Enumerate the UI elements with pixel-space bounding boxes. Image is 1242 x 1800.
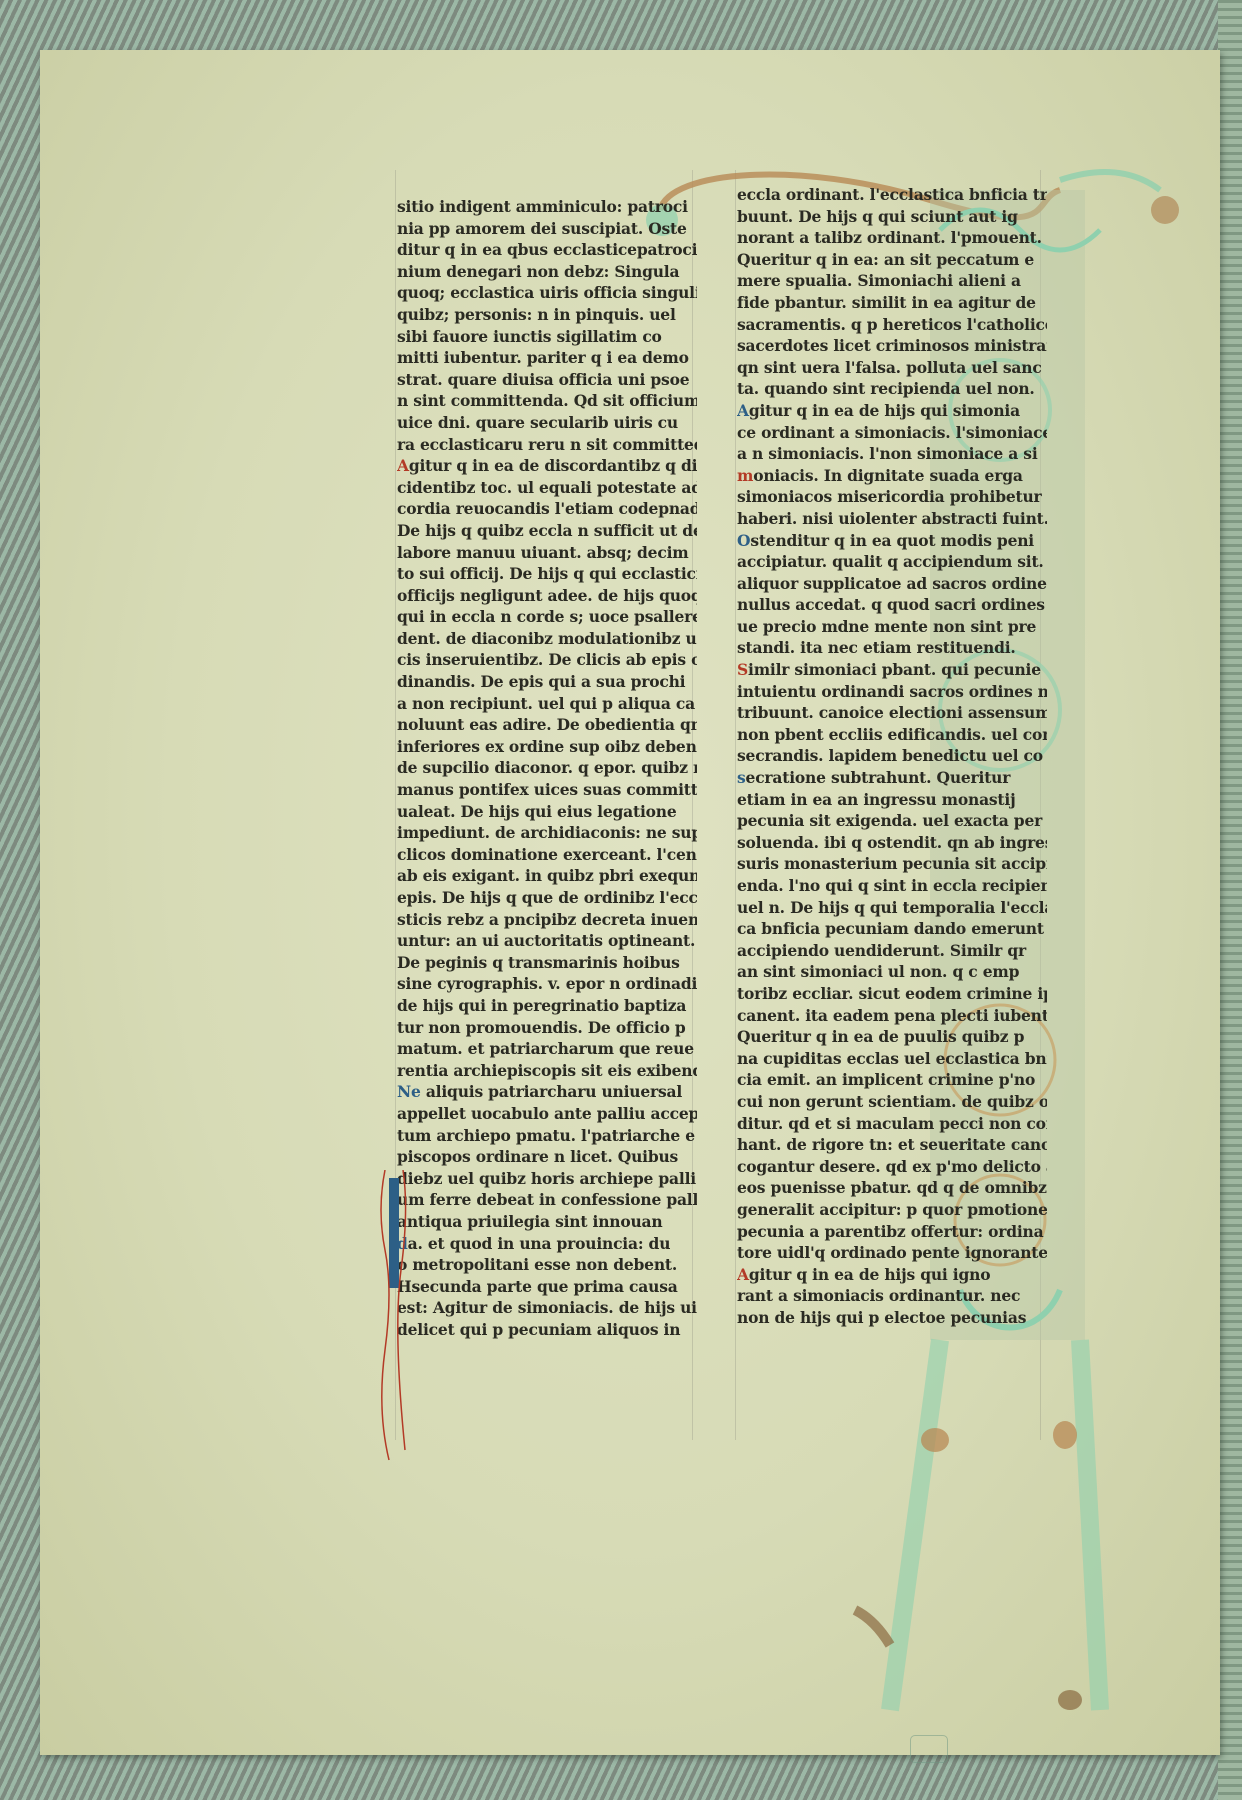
text-line: accipiendo uendiderunt. Similr qr (737, 940, 1047, 962)
text-line: piscopos ordinare n licet. Quibus (397, 1146, 697, 1168)
text-line: De hijs q quibz eccla n sufficit ut de (397, 520, 697, 542)
text-line: antiqua priuilegia sint innouan (397, 1211, 697, 1233)
text-line: diebz uel quibz horis archiepe palli (397, 1168, 697, 1190)
text-line: enda. l'no qui q sint in eccla recipiend… (737, 875, 1047, 897)
text-line: eos puenisse pbatur. qd q de omnibz (737, 1177, 1047, 1199)
text-line: canent. ita eadem pena plecti iubent. (737, 1005, 1047, 1027)
text-line: sine cyrographis. v. epor n ordinadis. (397, 973, 697, 995)
text-line: clicos dominatione exerceant. l'censum (397, 844, 697, 866)
text-line: aliquor supplicatoe ad sacros ordines (737, 573, 1047, 595)
text-line: da. et quod in una prouincia: du (397, 1233, 697, 1255)
text-line: non de hijs qui p electoe pecunias (737, 1307, 1047, 1329)
text-line: untur: an ui auctoritatis optineant. (397, 930, 697, 952)
text-line: uel n. De hijs q qui temporalia l'ecclas… (737, 897, 1047, 919)
text-line: fide pbantur. similit in ea agitur de (737, 292, 1047, 314)
text-line: Queritur q in ea de puulis quibz p (737, 1026, 1047, 1048)
text-line: nium denegari non debz: Singula (397, 261, 697, 283)
text-line: intuientu ordinandi sacros ordines n (737, 681, 1047, 703)
text-line: labore manuu uiuant. absq; decim (397, 542, 697, 564)
text-line: simoniacos misericordia prohibetur (737, 486, 1047, 508)
text-line: secratione subtrahunt. Queritur (737, 767, 1047, 789)
text-line: cui non gerunt scientiam. de quibz oste (737, 1091, 1047, 1113)
text-line: Ne aliquis patriarcharu uniuersal (397, 1081, 697, 1103)
text-line: hant. de rigore tn: et seueritate canonu (737, 1134, 1047, 1156)
manuscript-leaf: sitio indigent amminiculo: patrocinia pp… (40, 50, 1220, 1755)
text-line: sticis rebz a pncipibz decreta inueni (397, 909, 697, 931)
text-line: ca bnficia pecuniam dando emerunt l' (737, 918, 1047, 940)
text-line: est: Agitur de simoniacis. de hijs ui (397, 1297, 697, 1319)
text-line: nullus accedat. q quod sacri ordines si (737, 594, 1047, 616)
text-line: tum archiepo pmatu. l'patriarche e (397, 1125, 697, 1147)
text-line: matum. et patriarcharum que reue (397, 1038, 697, 1060)
text-line: qn sint uera l'falsa. polluta uel sanc (737, 357, 1047, 379)
text-line: de supcilio diaconor. q epor. quibz ro (397, 757, 697, 779)
text-line: mere spualia. Simoniachi alieni a (737, 270, 1047, 292)
text-line: moniacis. In dignitate suada erga (737, 465, 1047, 487)
initial-letter: S (737, 660, 748, 679)
text-line: an sint simoniaci ul non. q c emp (737, 961, 1047, 983)
text-line: epis. De hijs q que de ordinibz l'eccla (397, 887, 697, 909)
text-line: dent. de diaconibz modulationibz uo (397, 628, 697, 650)
text-line: sibi fauore iunctis sigillatim co (397, 326, 697, 348)
text-line: Hsecunda parte que prima causa (397, 1276, 697, 1298)
initial-letter: A (737, 1265, 749, 1284)
text-line: inferiores ex ordine sup oibz debent. (397, 736, 697, 758)
text-line: a n simoniacis. l'non simoniace a si (737, 443, 1047, 465)
text-line: pecunia a parentibz offertur: ordina (737, 1221, 1047, 1243)
text-line: pecunia sit exigenda. uel exacta per (737, 810, 1047, 832)
text-line: etiam in ea an ingressu monastij (737, 789, 1047, 811)
initial-letter: A (397, 456, 409, 475)
text-line: haberi. nisi uiolenter abstracti fuint. (737, 508, 1047, 530)
text-line: De peginis q transmarinis hoibus (397, 952, 697, 974)
text-line: manus pontifex uices suas committere (397, 779, 697, 801)
text-line: Queritur q in ea: an sit peccatum e (737, 249, 1047, 271)
text-line: mitti iubentur. pariter q i ea demo (397, 347, 697, 369)
text-line: toribz eccliar. sicut eodem crimine ipsi (737, 983, 1047, 1005)
text-line: appellet uocabulo ante palliu accep (397, 1103, 697, 1125)
text-line: ditur q in ea qbus ecclasticepatroci (397, 239, 697, 261)
text-line: um ferre debeat in confessione pallij (397, 1189, 697, 1211)
text-line: tore uidl'q ordinado pente ignorante. (737, 1242, 1047, 1264)
text-line: rant a simoniacis ordinantur. nec (737, 1285, 1047, 1307)
text-line: Agitur q in ea de discordantibz q dis (397, 455, 697, 477)
text-line: quibz; personis: n in pinquis. uel (397, 304, 697, 326)
text-line: ta. quando sint recipienda uel non. (737, 378, 1047, 400)
text-line: noluunt eas adire. De obedientia qm (397, 714, 697, 736)
text-line: de hijs qui in peregrinatio baptiza (397, 995, 697, 1017)
text-line: impediunt. de archidiaconis: ne sup (397, 822, 697, 844)
text-line: cia emit. an implicent crimine p'no (737, 1069, 1047, 1091)
text-line: dinandis. De epis qui a sua prochi (397, 671, 697, 693)
text-line: buunt. De hijs q qui sciunt aut ig (737, 206, 1047, 228)
text-line: strat. quare diuisa officia uni psoe (397, 369, 697, 391)
text-line: accipiatur. qualit q accipiendum sit. (737, 551, 1047, 573)
text-line: ra ecclasticaru reru n sit committeda. (397, 434, 697, 456)
text-line: ue precio mdne mente non sint pre (737, 616, 1047, 638)
text-line: Agitur q in ea de hijs qui simonia (737, 400, 1047, 422)
initial-letter: s (737, 768, 746, 787)
text-line: n sint committenda. Qd sit officium (397, 390, 697, 412)
text-line: eccla ordinant. l'ecclastica bnficia tri (737, 184, 1047, 206)
next-page-edge (1218, 0, 1242, 1800)
text-line: non pbent eccliis edificandis. uel con (737, 724, 1047, 746)
text-line: tribuunt. canoice electioni assensum (737, 702, 1047, 724)
text-line: ditur. qd et si maculam pecci non contra (737, 1113, 1047, 1135)
text-line: sitio indigent amminiculo: patroci (397, 196, 697, 218)
text-line: o metropolitani esse non debent. (397, 1254, 697, 1276)
initial-letter: A (737, 401, 749, 420)
text-line: officijs negligunt adee. de hijs quoq; (397, 585, 697, 607)
text-line: secrandis. lapidem benedictu uel co (737, 745, 1047, 767)
flourished-initial-icon (375, 1170, 415, 1470)
text-line: cidentibz toc. ul equali potestate ad co (397, 477, 697, 499)
text-line: ce ordinant a simoniacis. l'simoniace (737, 422, 1047, 444)
text-line: quoq; ecclastica uiris officia singulis (397, 282, 697, 304)
text-line: tur non promouendis. De officio p (397, 1017, 697, 1039)
text-line: delicet qui p pecuniam aliquos in (397, 1319, 697, 1341)
text-line: cis inseruientibz. De clicis ab epis or (397, 649, 697, 671)
text-line: Ostenditur q in ea quot modis peni (737, 530, 1047, 552)
text-line: cogantur desere. qd ex p'mo delicto ad (737, 1156, 1047, 1178)
text-line: qui in eccla n corde s; uoce psallere st… (397, 606, 697, 628)
left-text-column: sitio indigent amminiculo: patrocinia pp… (397, 196, 697, 1340)
text-line: Agitur q in ea de hijs qui igno (737, 1264, 1047, 1286)
initial-letter: m (737, 466, 753, 485)
text-line: norant a talibz ordinant. l'pmouent. (737, 227, 1047, 249)
text-line: rentia archiepiscopis sit eis exibenda. (397, 1060, 697, 1082)
text-line: cordia reuocandis l'etiam codepnadis. (397, 498, 697, 520)
library-stamp (910, 1735, 948, 1763)
initial-letter: O (737, 531, 750, 550)
text-line: suris monasterium pecunia sit accipi (737, 853, 1047, 875)
text-line: ab eis exigant. in quibz pbri exequnt. (397, 865, 697, 887)
text-line: standi. ita nec etiam restituendi. (737, 637, 1047, 659)
text-line: generalit accipitur: p quor pmotione (737, 1199, 1047, 1221)
text-line: soluenda. ibi q ostendit. qn ab ingres (737, 832, 1047, 854)
text-line: Similr simoniaci pbant. qui pecunie (737, 659, 1047, 681)
initial-letter: Ne (397, 1082, 421, 1101)
right-text-column: eccla ordinant. l'ecclastica bnficia tri… (737, 184, 1047, 1328)
text-line: to sui officij. De hijs q qui ecclastici… (397, 563, 697, 585)
text-line: uice dni. quare secularib uiris cu (397, 412, 697, 434)
text-line: sacramentis. q p hereticos l'catholicos (737, 314, 1047, 336)
text-line: na cupiditas ecclas uel ecclastica bnfi (737, 1048, 1047, 1070)
text-line: ualeat. De hijs qui eius legatione (397, 801, 697, 823)
text-line: nia pp amorem dei suscipiat. Oste (397, 218, 697, 240)
text-line: a non recipiunt. uel qui p aliqua ca (397, 693, 697, 715)
text-line: sacerdotes licet criminosos ministrant. (737, 335, 1047, 357)
